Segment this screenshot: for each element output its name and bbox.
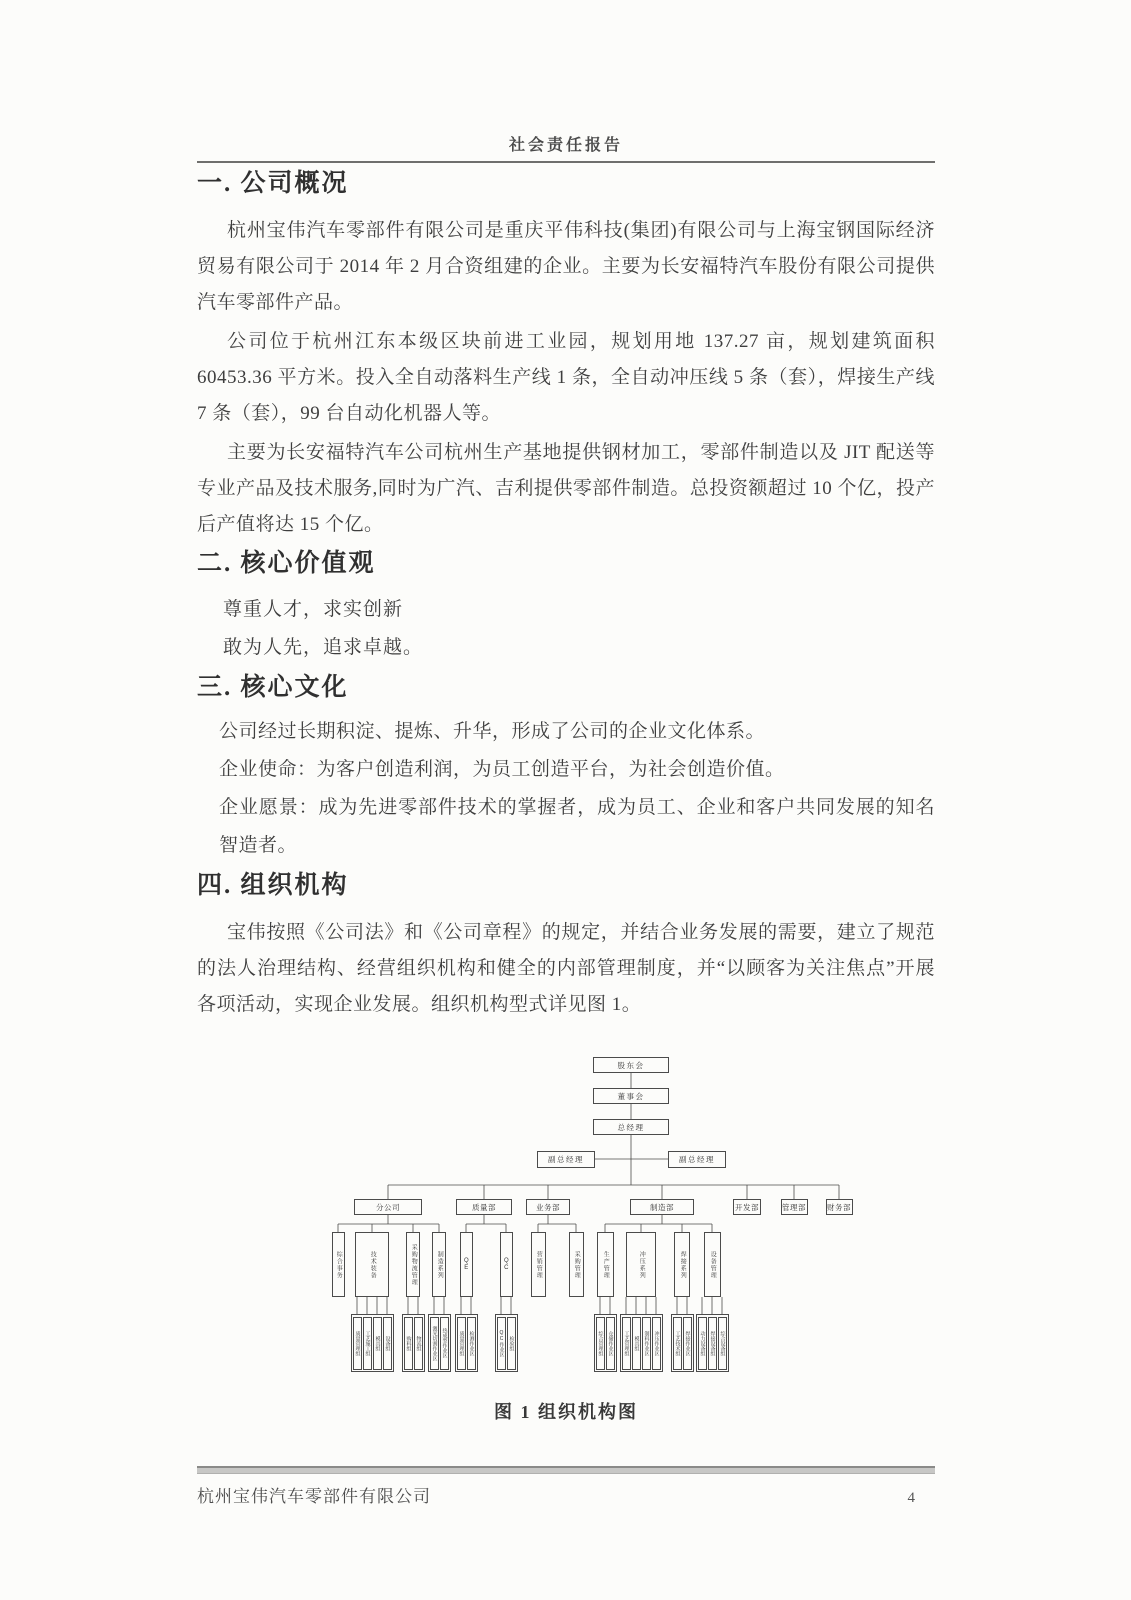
org-group-item: 仓储作业区 bbox=[606, 1317, 615, 1370]
org-dept: 分公司 bbox=[354, 1199, 422, 1215]
org-section: 制造系列 bbox=[432, 1232, 446, 1297]
document-page: 社会责任报告 一. 公司概况 杭州宝伟汽车零部件有限公司是重庆平伟科技(集团)有… bbox=[0, 0, 1131, 1600]
org-group-item: 综合设备组 bbox=[718, 1317, 727, 1370]
org-group: 质量管理组工艺施工组模具组设备组 bbox=[351, 1314, 394, 1372]
org-group-item: 热成型作业区 bbox=[440, 1317, 449, 1370]
org-group-item: 物流组 bbox=[414, 1317, 423, 1370]
org-node-level2: 董事会 bbox=[593, 1088, 669, 1104]
org-chart: 股东会董事会总经理副总经理副总经理分公司综合事务技术装备质量管理组工艺施工组模具… bbox=[300, 1039, 880, 1384]
org-group-item: 制料作业区 bbox=[642, 1317, 651, 1370]
org-group-item: 激光切割作业区 bbox=[430, 1317, 439, 1370]
org-group-item: 冲压作业区 bbox=[652, 1317, 661, 1370]
org-group: 工艺技术组焊接作业区 bbox=[671, 1314, 694, 1372]
org-group: 动力设备组焊接设备组综合设备组 bbox=[696, 1314, 729, 1372]
paragraph: 宝伟按照《公司法》和《公司章程》的规定，并结合业务发展的需要，建立了规范的法人治… bbox=[197, 915, 935, 1023]
figure-area: 股东会董事会总经理副总经理副总经理分公司综合事务技术装备质量管理组工艺施工组模具… bbox=[197, 1039, 935, 1384]
org-group-item: 质量管理组 bbox=[353, 1317, 362, 1370]
org-section: 综合事务 bbox=[332, 1232, 345, 1297]
core-culture: 公司经过长期积淀、提炼、升华，形成了公司的企业文化体系。 企业使命：为客户创造利… bbox=[197, 713, 935, 865]
core-values: 尊重人才，求实创新 敢为人先，追求卓越。 bbox=[197, 591, 935, 667]
org-node-vice-left: 副总经理 bbox=[537, 1151, 595, 1168]
paragraph: 公司位于杭州江东本级区块前进工业园，规划用地 137.27 亩，规划建筑面积 6… bbox=[197, 324, 935, 432]
figure-caption: 图 1 组织机构图 bbox=[197, 1398, 935, 1424]
culture-line: 企业愿景：成为先进零部件技术的掌握者，成为员工、企业和客户共同发展的知名智造者。 bbox=[197, 789, 935, 865]
org-node-level1: 股东会 bbox=[593, 1057, 669, 1073]
footer-rule bbox=[197, 1466, 935, 1474]
page-footer: 杭州宝伟汽车零部件有限公司 4 bbox=[197, 1466, 935, 1507]
running-header-title: 社会责任报告 bbox=[197, 132, 935, 155]
org-group-item: 综合管理组 bbox=[596, 1317, 605, 1370]
org-dept: 管理部 bbox=[781, 1199, 808, 1215]
org-group: 综合管理组仓储作业区 bbox=[594, 1314, 617, 1372]
org-group: 质量管理组检测作业区 bbox=[455, 1314, 478, 1372]
org-dept: 制造部 bbox=[630, 1199, 694, 1215]
page-number: 4 bbox=[908, 1490, 936, 1507]
org-section: QC bbox=[500, 1232, 513, 1297]
org-group-item: 检验组 bbox=[507, 1317, 516, 1370]
org-group-item: 模具组 bbox=[373, 1317, 382, 1370]
culture-line: 企业使命：为客户创造利润，为员工创造平台，为社会创造价值。 bbox=[197, 751, 935, 789]
org-group: 购料组物流组 bbox=[402, 1314, 425, 1372]
org-section: 设备管理 bbox=[704, 1232, 721, 1297]
org-section: 采购物流管理 bbox=[406, 1232, 420, 1297]
section-4-heading: 四. 组织机构 bbox=[197, 865, 935, 901]
section-3-heading: 三. 核心文化 bbox=[197, 667, 935, 703]
org-group-item: 工艺技术组 bbox=[673, 1317, 682, 1370]
org-dept: 开发部 bbox=[733, 1199, 761, 1215]
org-group-item: 检测作业区 bbox=[467, 1317, 476, 1370]
org-group: 激光切割作业区热成型作业区 bbox=[428, 1314, 451, 1372]
org-group-item: 模具组 bbox=[632, 1317, 641, 1370]
org-group-item: 焊接作业区 bbox=[683, 1317, 692, 1370]
org-group-item: 工艺管理组 bbox=[622, 1317, 631, 1370]
value-line: 敢为人先，追求卓越。 bbox=[197, 629, 935, 667]
section-2-heading: 二. 核心价值观 bbox=[197, 543, 935, 579]
org-group-item: 设备组 bbox=[383, 1317, 392, 1370]
org-section: 技术装备 bbox=[355, 1232, 389, 1297]
footer-company-name: 杭州宝伟汽车零部件有限公司 bbox=[197, 1482, 431, 1507]
org-group: QC作业区检验组 bbox=[495, 1314, 518, 1372]
org-dept: 质量部 bbox=[456, 1199, 512, 1215]
org-group-item: 工艺施工组 bbox=[363, 1317, 372, 1370]
org-dept: 业务部 bbox=[526, 1199, 570, 1215]
org-group: 工艺管理组模具组制料作业区冲压作业区 bbox=[620, 1314, 663, 1372]
org-section: 焊接系列 bbox=[674, 1232, 690, 1297]
org-section: 采购管理 bbox=[569, 1232, 584, 1297]
org-group-item: 焊接设备组 bbox=[708, 1317, 717, 1370]
value-line: 尊重人才，求实创新 bbox=[197, 591, 935, 629]
org-dept: 财务部 bbox=[826, 1199, 853, 1215]
section-1-heading: 一. 公司概况 bbox=[197, 163, 935, 199]
org-node-vice-right: 副总经理 bbox=[668, 1151, 726, 1168]
org-node-level3: 总经理 bbox=[593, 1119, 669, 1135]
org-section: 冲压系列 bbox=[626, 1232, 656, 1297]
paragraph: 杭州宝伟汽车零部件有限公司是重庆平伟科技(集团)有限公司与上海宝钢国际经济贸易有… bbox=[197, 213, 935, 321]
culture-line: 公司经过长期积淀、提炼、升华，形成了公司的企业文化体系。 bbox=[197, 713, 935, 751]
org-section: QE bbox=[460, 1232, 473, 1297]
org-group-item: 购料组 bbox=[404, 1317, 413, 1370]
org-group-item: QC作业区 bbox=[497, 1317, 506, 1370]
org-group-item: 动力设备组 bbox=[698, 1317, 707, 1370]
running-header: 社会责任报告 bbox=[197, 132, 935, 163]
org-section: 营销管理 bbox=[531, 1232, 546, 1297]
paragraph: 主要为长安福特汽车公司杭州生产基地提供钢材加工，零部件制造以及 JIT 配送等专… bbox=[197, 435, 935, 543]
org-section: 生产管理 bbox=[597, 1232, 614, 1297]
org-group-item: 质量管理组 bbox=[457, 1317, 466, 1370]
